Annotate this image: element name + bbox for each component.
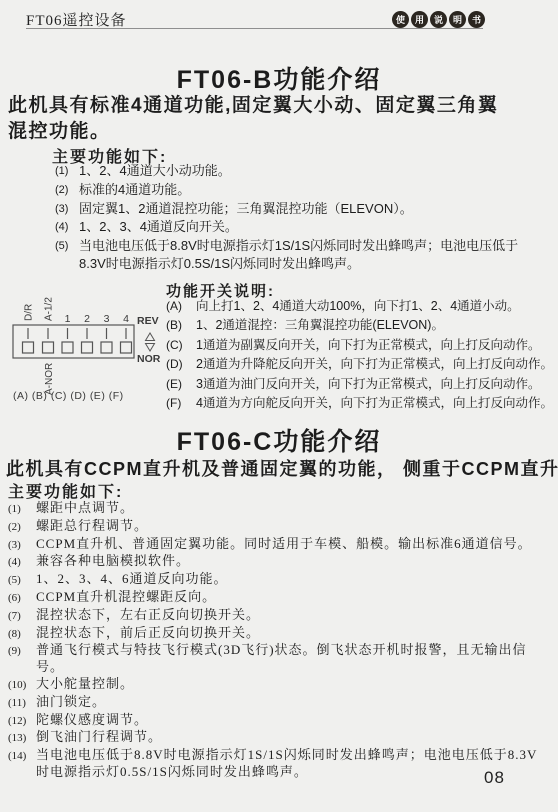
badge-icon: 明	[449, 11, 466, 28]
switch-panel-diagram: D/R A-1/2 1 2 3 4 REV NOR A-NOR (A) (B) …	[6, 282, 174, 404]
list-item: (7) 混控状态下，左右正反向切换开关。	[8, 607, 546, 625]
item-number: (12)	[8, 712, 36, 730]
nor-label: NOR	[137, 353, 161, 365]
item-number: (4)	[8, 553, 36, 571]
item-text: 1、2通道混控：三角翼混控功能(ELEVON)。	[196, 316, 558, 335]
item-text: 向上打1、2、4通道大动100%，向下打1、2、4通道小动。	[196, 297, 558, 316]
list-item: (3) 固定翼1、2通道混控功能；三角翼混控功能（ELEVON）。	[55, 200, 543, 219]
list-item: (12) 陀螺仪感度调节。	[8, 712, 546, 730]
item-text: 2通道为升降舵反向开关，向下打为正常模式，向上打反向动作。	[196, 355, 558, 374]
section-b-feature-list: (1) 1、2、4通道大小动功能。 (2) 标准的4通道功能。 (3) 固定翼1…	[55, 162, 543, 273]
switch-caption: (A) (B) (C) (D) (E) (F)	[13, 390, 124, 402]
list-item: (E) 3通道为油门反向开关，向下打为正常模式，向上打反向动作。	[166, 375, 558, 394]
item-text: CCPM直升机、普通固定翼功能。同时适用于车模、船模。输出标准6通道信号。	[36, 536, 546, 554]
item-text: 1、2、3、4、6通道反向功能。	[36, 571, 546, 589]
channel-label-3: 3	[104, 313, 110, 325]
page-number: 08	[484, 768, 505, 788]
item-text: 普通飞行模式与特技飞行模式(3D飞行)状态。倒飞状态开机时报警，且无输出信号。	[36, 642, 546, 676]
item-text: 螺距总行程调节。	[36, 518, 546, 536]
item-number: (11)	[8, 694, 36, 712]
manual-badges: 使 用 说 明 书	[392, 11, 485, 28]
item-text: 固定翼1、2通道混控功能；三角翼混控功能（ELEVON）。	[79, 200, 543, 219]
switch-label-a12: A-1/2	[44, 297, 55, 321]
list-item: (2) 标准的4通道功能。	[55, 181, 543, 200]
list-item: (10) 大小舵量控制。	[8, 676, 546, 694]
item-text: 标准的4通道功能。	[79, 181, 543, 200]
list-item: (3) CCPM直升机、普通固定翼功能。同时适用于车模、船模。输出标准6通道信号…	[8, 536, 546, 554]
item-number: (1)	[8, 500, 36, 518]
switch-label-dr: D/R	[24, 304, 35, 321]
list-item: (9) 普通飞行模式与特技飞行模式(3D飞行)状态。倒飞状态开机时报警，且无输出…	[8, 642, 546, 676]
item-letter: (E)	[166, 375, 196, 394]
channel-label-2: 2	[84, 313, 90, 325]
item-number: (8)	[8, 625, 36, 643]
item-number: (4)	[55, 218, 79, 237]
list-item: (14) 当电池电压低于8.8V时电源指示灯1S/1S闪烁同时发出蜂鸣声；电池电…	[8, 747, 546, 781]
channel-label-1: 1	[65, 313, 71, 325]
badge-icon: 书	[468, 11, 485, 28]
list-item: (5) 1、2、3、4、6通道反向功能。	[8, 571, 546, 589]
rev-label: REV	[137, 315, 159, 327]
list-item: (F) 4通道为方向舵反向开关，向下打为正常模式，向上打反向动作。	[166, 394, 558, 413]
badge-icon: 说	[430, 11, 447, 28]
item-number: (14)	[8, 747, 36, 781]
item-number: (10)	[8, 676, 36, 694]
list-item: (13) 倒飞油门行程调节。	[8, 729, 546, 747]
item-number: (6)	[8, 589, 36, 607]
item-number: (2)	[8, 518, 36, 536]
list-item: (C) 1通道为副翼反向开关，向下打为正常模式，向上打反向动作。	[166, 336, 558, 355]
list-item: (B) 1、2通道混控：三角翼混控功能(ELEVON)。	[166, 316, 558, 335]
list-item: (4) 1、2、3、4通道反向开关。	[55, 218, 543, 237]
badge-icon: 用	[411, 11, 428, 28]
section-b-intro-line1: 此机具有标准4通道功能,固定翼大小动、固定翼三角翼	[8, 93, 498, 119]
item-text: 倒飞油门行程调节。	[36, 729, 546, 747]
item-text: 陀螺仪感度调节。	[36, 712, 546, 730]
list-item: (6) CCPM直升机混控螺距反向。	[8, 589, 546, 607]
rev-nor-arrows-icon	[146, 333, 155, 351]
item-text: 螺距中点调节。	[36, 500, 546, 518]
item-number: (1)	[55, 162, 79, 181]
item-text: 大小舵量控制。	[36, 676, 546, 694]
item-text: 4通道为方向舵反向开关，向下打为正常模式，向上打反向动作。	[196, 394, 558, 413]
item-number: (7)	[8, 607, 36, 625]
item-text: 当电池电压低于8.8V时电源指示灯1S/1S闪烁同时发出蜂鸣声；电池电压低于8.…	[79, 237, 543, 273]
item-text: 油门锁定。	[36, 694, 546, 712]
section-b-intro: 此机具有标准4通道功能,固定翼大小动、固定翼三角翼 混控功能。	[8, 93, 498, 145]
item-letter: (D)	[166, 355, 196, 374]
item-text: 1、2、3、4通道反向开关。	[79, 218, 543, 237]
item-number: (13)	[8, 729, 36, 747]
list-item: (8) 混控状态下，前后正反向切换开关。	[8, 625, 546, 643]
header-title: FT06遥控设备	[26, 9, 127, 30]
item-letter: (B)	[166, 316, 196, 335]
section-b-title: FT06-B功能介绍	[0, 60, 558, 96]
switch-bases	[23, 342, 132, 353]
section-c-title: FT06-C功能介绍	[0, 422, 558, 458]
item-letter: (F)	[166, 394, 196, 413]
item-letter: (A)	[166, 297, 196, 316]
item-number: (9)	[8, 642, 36, 676]
item-letter: (C)	[166, 336, 196, 355]
list-item: (11) 油门锁定。	[8, 694, 546, 712]
item-text: 1、2、4通道大小动功能。	[79, 162, 543, 181]
list-item: (5) 当电池电压低于8.8V时电源指示灯1S/1S闪烁同时发出蜂鸣声；电池电压…	[55, 237, 543, 273]
item-number: (5)	[55, 237, 79, 273]
section-c-intro: 此机具有CCPM直升机及普通固定翼的功能， 侧重于CCPM直升机。	[6, 455, 556, 481]
section-b-intro-line2: 混控功能。	[8, 119, 498, 145]
list-item: (A) 向上打1、2、4通道大动100%，向下打1、2、4通道小动。	[166, 297, 558, 316]
list-item: (D) 2通道为升降舵反向开关，向下打为正常模式，向上打反向动作。	[166, 355, 558, 374]
item-text: 兼容各种电脑模拟软件。	[36, 553, 546, 571]
list-item: (2) 螺距总行程调节。	[8, 518, 546, 536]
item-text: CCPM直升机混控螺距反向。	[36, 589, 546, 607]
item-number: (2)	[55, 181, 79, 200]
item-text: 1通道为副翼反向开关，向下打为正常模式，向上打反向动作。	[196, 336, 558, 355]
channel-label-4: 4	[123, 313, 129, 325]
section-c-feature-list: (1) 螺距中点调节。 (2) 螺距总行程调节。 (3) CCPM直升机、普通固…	[8, 500, 546, 781]
item-number: (3)	[8, 536, 36, 554]
badge-icon: 使	[392, 11, 409, 28]
item-text: 3通道为油门反向开关，向下打为正常模式，向上打反向动作。	[196, 375, 558, 394]
item-text: 混控状态下，左右正反向切换开关。	[36, 607, 546, 625]
switch-notes-list: (A) 向上打1、2、4通道大动100%，向下打1、2、4通道小动。 (B) 1…	[166, 297, 558, 413]
item-number: (5)	[8, 571, 36, 589]
manual-page: FT06遥控设备 使 用 说 明 书 FT06-B功能介绍 此机具有标准4通道功…	[0, 0, 558, 812]
switch-sticks	[28, 328, 126, 339]
item-text: 混控状态下，前后正反向切换开关。	[36, 625, 546, 643]
section-c-subheading: 主要功能如下:	[8, 479, 123, 502]
list-item: (1) 螺距中点调节。	[8, 500, 546, 518]
list-item: (4) 兼容各种电脑模拟软件。	[8, 553, 546, 571]
item-number: (3)	[55, 200, 79, 219]
header-divider	[26, 28, 483, 29]
list-item: (1) 1、2、4通道大小动功能。	[55, 162, 543, 181]
item-text: 当电池电压低于8.8V时电源指示灯1S/1S闪烁同时发出蜂鸣声；电池电压低于8.…	[36, 747, 546, 781]
